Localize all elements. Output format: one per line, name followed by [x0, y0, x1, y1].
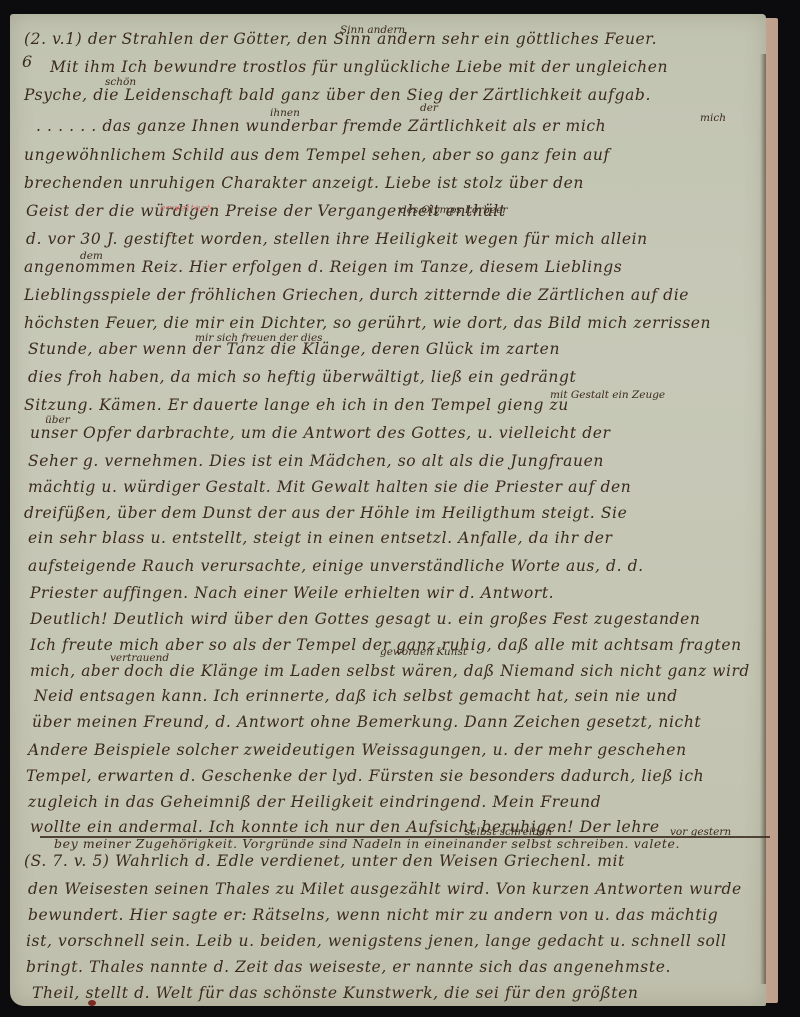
manuscript-line: . . . . . . das ganze Ihnen wunderbar fr…: [36, 117, 606, 135]
manuscript-line: brechenden unruhigen Charakter anzeigt. …: [24, 174, 584, 192]
manuscript-line: mich, aber doch die Klänge im Laden selb…: [30, 662, 750, 680]
manuscript-line: aufsteigende Rauch verursachte, einige u…: [28, 557, 644, 575]
manuscript-line: Sitzung. Kämen. Er dauerte lange eh ich …: [24, 396, 569, 414]
interlinear-note: über: [45, 414, 70, 426]
interlinear-note: mir sich freuen der dies: [195, 332, 323, 344]
red-annotation: erweitert: [160, 204, 211, 214]
manuscript-line: Priester auffingen. Nach einer Weile erh…: [30, 584, 554, 602]
manuscript-line: Tempel, erwarten d. Geschenke der lyd. F…: [26, 767, 704, 785]
manuscript-line: höchsten Feuer, die mir ein Dichter, so …: [24, 314, 711, 332]
interlinear-note: mit Gestalt ein Zeuge: [550, 389, 665, 401]
manuscript-page: 6 (2. v.1) der Strahlen der Götter, den …: [10, 14, 766, 1006]
manuscript-line: Andere Beispiele solcher zweideutigen We…: [28, 741, 687, 759]
manuscript-line: mächtig u. würdiger Gestalt. Mit Gewalt …: [28, 478, 631, 496]
manuscript-line: ein sehr blass u. entstellt, steigt in e…: [28, 529, 613, 547]
manuscript-line: Theil, stellt d. Welt für das schönste K…: [32, 984, 638, 1002]
interlinear-note: Sinn andern: [340, 24, 405, 36]
manuscript-line: ungewöhnlichem Schild aus dem Tempel seh…: [24, 146, 610, 164]
interlinear-note: des Olymps Lorbeer: [400, 204, 507, 216]
manuscript-line: unser Opfer darbrachte, um die Antwort d…: [30, 424, 611, 442]
manuscript-line: Psyche, die Leidenschaft bald ganz über …: [24, 86, 651, 104]
manuscript-line: d. vor 30 J. gestiftet worden, stellen i…: [26, 230, 648, 248]
manuscript-line: zugleich in das Geheimniß der Heiligkeit…: [28, 793, 601, 811]
manuscript-line: (S. 7. v. 5) Wahrlich d. Edle verdienet,…: [24, 852, 625, 870]
manuscript-line: den Weisesten seinen Thales zu Milet aus…: [28, 880, 742, 898]
manuscript-line: bey meiner Zugehörigkeit. Vorgründe sind…: [54, 836, 680, 851]
interlinear-note: ihnen: [270, 107, 300, 119]
manuscript-line: dreifüßen, über dem Dunst der aus der Hö…: [24, 504, 627, 522]
ink-blot: [88, 1000, 96, 1006]
manuscript-line: Deutlich! Deutlich wird über den Gottes …: [30, 610, 700, 628]
interlinear-note: schön: [105, 76, 136, 88]
manuscript-line: Neid entsagen kann. Ich erinnerte, daß i…: [34, 687, 678, 705]
interlinear-note: der: [420, 102, 438, 114]
manuscript-line: Seher g. vernehmen. Dies ist ein Mädchen…: [28, 452, 604, 470]
manuscript-line: angenommen Reiz. Hier erfolgen d. Reigen…: [24, 258, 622, 276]
interlinear-note: dem: [80, 250, 103, 262]
manuscript-line: Mit ihm Ich bewundre trostlos für unglüc…: [50, 58, 668, 76]
manuscript-line: ist, vorschnell sein. Leib u. beiden, we…: [26, 932, 727, 950]
interlinear-note: vertrauend: [110, 652, 169, 664]
manuscript-line: Lieblingsspiele der fröhlichen Griechen,…: [24, 286, 689, 304]
manuscript-line: bewundert. Hier sagte er: Rätselns, wenn…: [28, 906, 718, 924]
page-edge-shadow: [760, 54, 766, 984]
interlinear-note: geworden Kunst: [380, 646, 467, 658]
margin-number: 6: [22, 52, 32, 71]
manuscript-line: dies froh haben, da mich so heftig überw…: [28, 368, 576, 386]
manuscript-line: wollte ein andermal. Ich konnte ich nur …: [30, 818, 660, 836]
interlinear-note: mich: [700, 112, 726, 124]
section-divider: [40, 836, 770, 838]
manuscript-line: bringt. Thales nannte d. Zeit das weises…: [26, 958, 671, 976]
manuscript-line: über meinen Freund, d. Antwort ohne Beme…: [32, 713, 701, 731]
